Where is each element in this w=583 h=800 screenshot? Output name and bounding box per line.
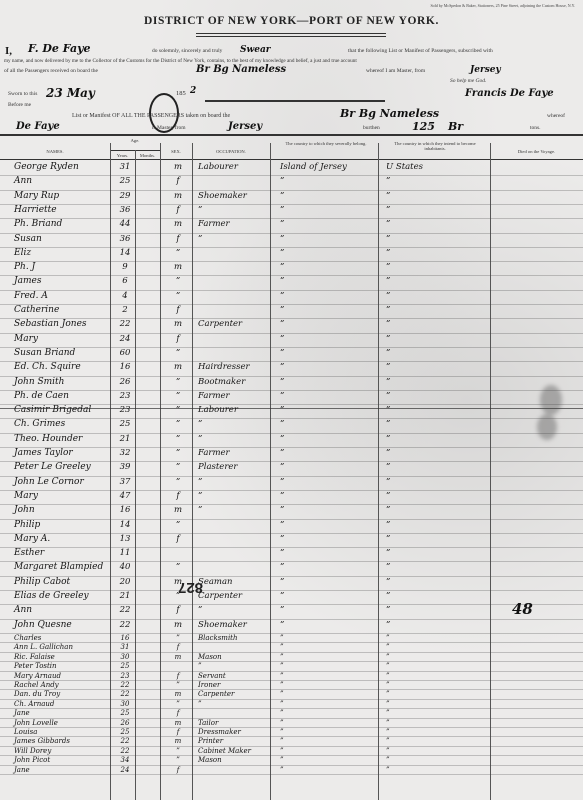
passenger-sex: f xyxy=(168,728,188,736)
passenger-age: 22 xyxy=(116,605,134,615)
passenger-name: John Quesne xyxy=(14,620,72,630)
passenger-country-intend: ” xyxy=(386,591,390,601)
table-row: Susan Briand60””” xyxy=(0,348,583,362)
passenger-country-belong: ” xyxy=(280,305,284,315)
passenger-name: Ann xyxy=(14,605,32,615)
passenger-sex: ” xyxy=(168,348,188,358)
passenger-age: 20 xyxy=(116,577,134,587)
passenger-age: 36 xyxy=(116,234,134,244)
passenger-occupation: Mason xyxy=(198,756,222,764)
passenger-country-belong: ” xyxy=(280,319,284,329)
passenger-age: 2 xyxy=(116,305,134,315)
passenger-country-intend: ” xyxy=(386,291,390,301)
table-row: Susan36f””” xyxy=(0,234,583,248)
passenger-country-belong: ” xyxy=(280,700,284,708)
passenger-sex: ” xyxy=(168,248,188,258)
passenger-country-intend: ” xyxy=(386,362,390,372)
manifest-page: Sold by McSpedon & Baker, Stationers, 25… xyxy=(0,0,583,800)
passenger-country-intend: ” xyxy=(386,700,390,708)
table-row: James6””” xyxy=(0,276,583,290)
passenger-sex: m xyxy=(168,162,188,172)
passenger-country-intend: ” xyxy=(386,319,390,329)
passenger-country-belong: ” xyxy=(280,643,284,651)
passenger-age: 22 xyxy=(116,681,134,689)
passenger-name: Theo. Hounder xyxy=(14,434,82,444)
passenger-sex: ” xyxy=(168,634,188,642)
passenger-occupation: ” xyxy=(198,505,202,515)
passenger-sex: f xyxy=(168,709,188,717)
table-row: Ch. Grimes25”””” xyxy=(0,419,583,433)
oath-text-4: of all the Passengers received on board … xyxy=(4,68,98,74)
table-row: Elias de Greeley21”Carpenter”” xyxy=(0,591,583,605)
oath-text-2: that the following List or Manifest of P… xyxy=(348,48,493,54)
passenger-age: 37 xyxy=(116,477,134,487)
passenger-occupation: Ironer xyxy=(198,681,220,689)
header-top-rule xyxy=(0,134,583,136)
passenger-age: 25 xyxy=(116,419,134,429)
passenger-name: Louisa xyxy=(14,728,37,736)
passenger-sex: f xyxy=(168,534,188,544)
passenger-sex: ” xyxy=(168,291,188,301)
passenger-age: 16 xyxy=(116,362,134,372)
passenger-country-belong: ” xyxy=(280,756,284,764)
passenger-country-belong: ” xyxy=(280,462,284,472)
passenger-sex: m xyxy=(168,719,188,727)
passenger-age: 4 xyxy=(116,291,134,301)
passenger-sex: ” xyxy=(168,477,188,487)
passenger-name: Harriette xyxy=(14,205,57,215)
table-row: Jane24f”” xyxy=(0,766,583,780)
passenger-sex: ” xyxy=(168,700,188,708)
passenger-sex: ” xyxy=(168,520,188,530)
passenger-name: Philip Cabot xyxy=(14,577,70,587)
passenger-age: 34 xyxy=(116,756,134,764)
passenger-name: Sebastian Jones xyxy=(14,319,87,329)
passenger-name: Ph. de Caen xyxy=(14,391,69,401)
table-row: John16m””” xyxy=(0,505,583,519)
passenger-sex: f xyxy=(168,605,188,615)
passenger-country-belong: ” xyxy=(280,234,284,244)
passenger-name: Ch. Grimes xyxy=(14,419,65,429)
passenger-name: Will Dorey xyxy=(14,747,51,755)
passenger-country-belong: ” xyxy=(280,672,284,680)
passenger-age: 22 xyxy=(116,747,134,755)
passenger-age: 30 xyxy=(116,653,134,661)
passenger-country-belong: ” xyxy=(280,505,284,515)
passenger-age: 26 xyxy=(116,719,134,727)
passenger-age: 24 xyxy=(116,766,134,774)
passenger-country-belong: ” xyxy=(280,577,284,587)
passenger-age: 22 xyxy=(116,690,134,698)
passenger-country-belong: ” xyxy=(280,709,284,717)
passenger-occupation: Plasterer xyxy=(198,462,237,472)
passenger-name: John Le Cornor xyxy=(14,477,84,487)
passenger-age: 16 xyxy=(116,505,134,515)
passenger-country-intend: ” xyxy=(386,191,390,201)
passenger-country-belong: ” xyxy=(280,620,284,630)
passenger-sex: f xyxy=(168,672,188,680)
passenger-sex: m xyxy=(168,505,188,515)
passenger-country-intend: ” xyxy=(386,462,390,472)
tons-label: tons. xyxy=(530,125,541,131)
passenger-occupation: Labourer xyxy=(198,162,238,172)
passenger-country-belong: ” xyxy=(280,348,284,358)
passenger-country-intend: ” xyxy=(386,419,390,429)
passenger-sex: f xyxy=(168,305,188,315)
passenger-occupation: Farmer xyxy=(198,219,230,229)
passenger-age: 36 xyxy=(116,205,134,215)
table-row: Mary47f””” xyxy=(0,491,583,505)
passenger-age: 23 xyxy=(116,391,134,401)
passenger-sex: ” xyxy=(168,419,188,429)
passenger-age: 16 xyxy=(116,634,134,642)
passenger-name: Esther xyxy=(14,548,44,558)
passenger-age: 9 xyxy=(116,262,134,272)
passenger-sex: m xyxy=(168,191,188,201)
year-prefix: 185 xyxy=(176,90,186,97)
table-row: Esther11”” xyxy=(0,548,583,562)
passenger-country-belong: ” xyxy=(280,766,284,774)
passenger-name: Eliz xyxy=(14,248,31,258)
passenger-age: 31 xyxy=(116,643,134,651)
passenger-age: 25 xyxy=(116,176,134,186)
sworn-rule xyxy=(205,100,385,102)
passenger-occupation: Carpenter xyxy=(198,591,242,601)
passenger-name: John xyxy=(14,505,35,515)
table-row: Ed. Ch. Squire16mHairdresser”” xyxy=(0,362,583,376)
passenger-country-belong: ” xyxy=(280,434,284,444)
passenger-country-intend: ” xyxy=(386,505,390,515)
passenger-age: 24 xyxy=(116,334,134,344)
title-rule xyxy=(196,33,386,37)
passenger-age: 25 xyxy=(116,709,134,717)
passenger-country-intend: ” xyxy=(386,747,390,755)
table-row: Philip14””” xyxy=(0,520,583,534)
passenger-sex: f xyxy=(168,643,188,651)
passenger-country-intend: ” xyxy=(386,634,390,642)
passenger-name: James Taylor xyxy=(14,448,73,458)
passenger-country-belong: ” xyxy=(280,591,284,601)
passenger-country-belong: ” xyxy=(280,291,284,301)
passenger-name: Charles xyxy=(14,634,41,642)
passenger-occupation: Seaman xyxy=(198,577,233,587)
passenger-country-intend: ” xyxy=(386,672,390,680)
passenger-name: Peter Le Greeley xyxy=(14,462,91,472)
table-row: James Taylor32”Farmer”” xyxy=(0,448,583,462)
passenger-occupation: Tailor xyxy=(198,719,218,727)
passenger-age: 44 xyxy=(116,219,134,229)
passenger-name: John Smith xyxy=(14,377,64,387)
passenger-sex: f xyxy=(168,234,188,244)
passenger-country-intend: ” xyxy=(386,766,390,774)
passenger-occupation: ” xyxy=(198,662,202,670)
burthen-label: burthen xyxy=(363,125,380,131)
passenger-age: 40 xyxy=(116,562,134,572)
passenger-country-intend: ” xyxy=(386,262,390,272)
passenger-occupation: Shoemaker xyxy=(198,191,247,201)
passenger-country-belong: ” xyxy=(280,276,284,286)
passenger-name: Ann xyxy=(14,176,32,186)
passenger-country-intend: ” xyxy=(386,176,390,186)
table-row: Catherine2f”” xyxy=(0,305,583,319)
year-suffix: 2 xyxy=(190,86,196,96)
passenger-country-intend: ” xyxy=(386,728,390,736)
passenger-name: Ed. Ch. Squire xyxy=(14,362,81,372)
passenger-country-belong: ” xyxy=(280,747,284,755)
passenger-sex: m xyxy=(168,262,188,272)
passenger-age: 21 xyxy=(116,591,134,601)
table-row: Casimir Brigedal23”Labourer”” xyxy=(0,405,583,419)
passenger-country-intend: ” xyxy=(386,248,390,258)
from-port: Jersey xyxy=(470,65,501,75)
vessel-name: Br Bg Nameless xyxy=(196,64,286,75)
passenger-name: John Lovelle xyxy=(14,719,58,727)
manifest-is-master: is Master, from xyxy=(152,125,186,131)
passenger-name: Ric. Falaise xyxy=(14,653,55,661)
passenger-country-intend: ” xyxy=(386,334,390,344)
passenger-country-belong: Island of Jersey xyxy=(280,162,347,172)
passenger-name: Susan xyxy=(14,234,42,244)
passenger-country-intend: ” xyxy=(386,448,390,458)
passenger-country-intend: ” xyxy=(386,234,390,244)
passenger-name: Margaret Blampied xyxy=(14,562,103,572)
manifest-whereof: whereof xyxy=(547,113,565,119)
passenger-age: 25 xyxy=(116,662,134,670)
passenger-name: James xyxy=(14,276,41,286)
passenger-age: 60 xyxy=(116,348,134,358)
passenger-age: 22 xyxy=(116,319,134,329)
passenger-age: 22 xyxy=(116,737,134,745)
passenger-country-belong: ” xyxy=(280,634,284,642)
passenger-occupation: Printer xyxy=(198,737,223,745)
passenger-sex: ” xyxy=(168,377,188,387)
passenger-sex: m xyxy=(168,620,188,630)
passenger-sex: ” xyxy=(168,434,188,444)
passenger-sex: ” xyxy=(168,391,188,401)
passenger-sex: m xyxy=(168,219,188,229)
passenger-name: James Gibbards xyxy=(14,737,70,745)
passenger-country-belong: ” xyxy=(280,219,284,229)
passenger-country-intend: ” xyxy=(386,477,390,487)
passenger-sex: f xyxy=(168,334,188,344)
table-row: John Quesne22mShoemaker”” xyxy=(0,620,583,634)
table-row: Ph. J9m”” xyxy=(0,262,583,276)
passenger-occupation: ” xyxy=(198,434,202,444)
passenger-country-belong: ” xyxy=(280,737,284,745)
passenger-name: Ph. Briand xyxy=(14,219,62,229)
table-row: Fred. A4””” xyxy=(0,291,583,305)
passenger-name: Jane xyxy=(14,709,30,717)
table-row: John Le Cornor37”””” xyxy=(0,477,583,491)
passenger-country-intend: ” xyxy=(386,205,390,215)
swear-word: Swear xyxy=(240,45,271,55)
passenger-occupation: Hairdresser xyxy=(198,362,250,372)
passenger-age: 39 xyxy=(116,462,134,472)
oath-text-3: my name, and now delivered by me to the … xyxy=(4,58,357,64)
passenger-occupation: Carpenter xyxy=(198,319,242,329)
passenger-occupation: ” xyxy=(198,477,202,487)
passenger-occupation: Shoemaker xyxy=(198,620,247,630)
passenger-age: 26 xyxy=(116,377,134,387)
passenger-occupation: Blacksmith xyxy=(198,634,238,642)
stamp-number: 827 xyxy=(178,579,203,596)
table-row: Margaret Blampied40””” xyxy=(0,562,583,576)
passenger-country-intend: ” xyxy=(386,219,390,229)
table-row: George Ryden31mLabourerIsland of JerseyU… xyxy=(0,162,583,176)
table-row: Mary A.13f”” xyxy=(0,534,583,548)
passenger-country-intend: ” xyxy=(386,719,390,727)
passenger-country-intend: ” xyxy=(386,690,390,698)
table-row: Eliz14””” xyxy=(0,248,583,262)
passenger-name: Ch. Arnaud xyxy=(14,700,54,708)
passenger-sex: ” xyxy=(168,681,188,689)
table-row: John Smith26”Bootmaker”” xyxy=(0,377,583,391)
passenger-country-intend: ” xyxy=(386,643,390,651)
passenger-name: Mary Rup xyxy=(14,191,59,201)
passenger-sex: f xyxy=(168,205,188,215)
passenger-occupation: Labourer xyxy=(198,405,238,415)
passenger-country-belong: ” xyxy=(280,477,284,487)
passenger-age: 23 xyxy=(116,405,134,415)
passenger-occupation: Farmer xyxy=(198,391,230,401)
passenger-name: Mary xyxy=(14,334,38,344)
table-row: Ann22f””” xyxy=(0,605,583,619)
passenger-name: John Picot xyxy=(14,756,50,764)
passenger-country-belong: ” xyxy=(280,448,284,458)
passenger-name: Rachel Andy xyxy=(14,681,59,689)
passenger-name: Elias de Greeley xyxy=(14,591,89,601)
before-label: Before me xyxy=(8,102,31,108)
burthen-value: 125 xyxy=(412,120,435,133)
passenger-country-intend: ” xyxy=(386,577,390,587)
passenger-occupation: ” xyxy=(198,205,202,215)
passenger-country-belong: ” xyxy=(280,491,284,501)
passenger-country-intend: ” xyxy=(386,653,390,661)
passenger-country-belong: ” xyxy=(280,334,284,344)
oath-text-5: whereof I am Master, from xyxy=(366,68,425,74)
passenger-country-belong: ” xyxy=(280,548,284,558)
passenger-age: 31 xyxy=(116,162,134,172)
master-signature: Francis De Faye xyxy=(465,88,554,99)
passenger-occupation: ” xyxy=(198,605,202,615)
passenger-country-belong: ” xyxy=(280,419,284,429)
oath-i: I, xyxy=(5,45,12,57)
passenger-sex: m xyxy=(168,319,188,329)
ink-blot xyxy=(537,414,557,440)
passenger-country-intend: ” xyxy=(386,520,390,530)
table-row: Peter Le Greeley39”Plasterer”” xyxy=(0,462,583,476)
passenger-country-intend: ” xyxy=(386,756,390,764)
passenger-country-belong: ” xyxy=(280,534,284,544)
passenger-sex: f xyxy=(168,491,188,501)
passenger-country-belong: ” xyxy=(280,562,284,572)
passenger-age: 14 xyxy=(116,520,134,530)
passenger-occupation: Carpenter xyxy=(198,690,234,698)
passenger-sex: ” xyxy=(168,405,188,415)
passenger-occupation: Dressmaker xyxy=(198,728,241,736)
passenger-age: 23 xyxy=(116,672,134,680)
manifest-text-1: List or Manifest OF ALL THE PASSENGERS t… xyxy=(72,113,230,119)
passenger-name: Dan. du Troy xyxy=(14,690,60,698)
table-row: Ph. Briand44mFarmer”” xyxy=(0,219,583,233)
passenger-country-intend: ” xyxy=(386,377,390,387)
passenger-sex: ” xyxy=(168,276,188,286)
passenger-name: Ann L. Gallichan xyxy=(14,643,73,651)
passenger-country-intend: ” xyxy=(386,276,390,286)
passenger-country-intend: ” xyxy=(386,491,390,501)
ink-blot xyxy=(540,385,562,415)
manifest-vessel: Br Bg Nameless xyxy=(340,107,439,120)
seller-imprint: Sold by McSpedon & Baker, Stationers, 25… xyxy=(430,3,575,8)
passenger-name: Mary A. xyxy=(14,534,50,544)
passenger-occupation: Bootmaker xyxy=(198,377,245,387)
sworn-label: Sworn to this xyxy=(8,91,37,97)
passenger-country-belong: ” xyxy=(280,248,284,258)
passenger-occupation: ” xyxy=(198,700,202,708)
passenger-country-intend: ” xyxy=(386,534,390,544)
passenger-country-belong: ” xyxy=(280,377,284,387)
passenger-name: Mary xyxy=(14,491,38,501)
passenger-country-belong: ” xyxy=(280,191,284,201)
passenger-name: Catherine xyxy=(14,305,59,315)
passenger-occupation: Mason xyxy=(198,653,222,661)
passenger-age: 47 xyxy=(116,491,134,501)
sworn-date: 23 May xyxy=(46,86,95,100)
passenger-country-intend: ” xyxy=(386,348,390,358)
passenger-country-belong: ” xyxy=(280,520,284,530)
passenger-country-intend: ” xyxy=(386,548,390,558)
passenger-sex: ” xyxy=(168,462,188,472)
table-row: Sebastian Jones22mCarpenter”” xyxy=(0,319,583,333)
passenger-occupation: ” xyxy=(198,491,202,501)
passenger-occupation: Farmer xyxy=(198,448,230,458)
passenger-sex: f xyxy=(168,176,188,186)
passenger-country-belong: ” xyxy=(280,653,284,661)
table-row: Mary Rup29mShoemaker”” xyxy=(0,191,583,205)
passenger-country-intend: ” xyxy=(386,737,390,745)
passenger-age: 32 xyxy=(116,448,134,458)
so-help-me-god: So help me God. xyxy=(450,78,486,84)
passenger-country-belong: ” xyxy=(280,681,284,689)
passenger-country-belong: ” xyxy=(280,719,284,727)
passenger-age: 6 xyxy=(116,276,134,286)
passenger-sex: ” xyxy=(168,448,188,458)
passenger-occupation: ” xyxy=(198,234,202,244)
passenger-sex: m xyxy=(168,690,188,698)
passenger-age: 14 xyxy=(116,248,134,258)
passenger-country-belong: ” xyxy=(280,205,284,215)
passenger-country-belong: ” xyxy=(280,176,284,186)
master-name: F. De Faye xyxy=(28,42,90,55)
passenger-sex: f xyxy=(168,766,188,774)
manifest-master: De Faye xyxy=(16,121,60,132)
margin-number: 48 xyxy=(512,600,533,618)
passenger-country-intend: ” xyxy=(386,620,390,630)
passenger-name: Jane xyxy=(14,766,30,774)
table-row: Ann25f”” xyxy=(0,176,583,190)
passenger-country-intend: U States xyxy=(386,162,423,172)
passenger-sex: m xyxy=(168,737,188,745)
passenger-occupation: Cabinet Maker xyxy=(198,747,251,755)
passenger-name: Casimir Brigedal xyxy=(14,405,91,415)
passenger-country-intend: ” xyxy=(386,681,390,689)
passenger-name: Philip xyxy=(14,520,40,530)
table-row: Mary24f”” xyxy=(0,334,583,348)
passenger-country-intend: ” xyxy=(386,305,390,315)
passenger-name: Ph. J xyxy=(14,262,35,272)
passenger-name: Peter Tostin xyxy=(14,662,57,670)
passenger-occupation: Servant xyxy=(198,672,226,680)
